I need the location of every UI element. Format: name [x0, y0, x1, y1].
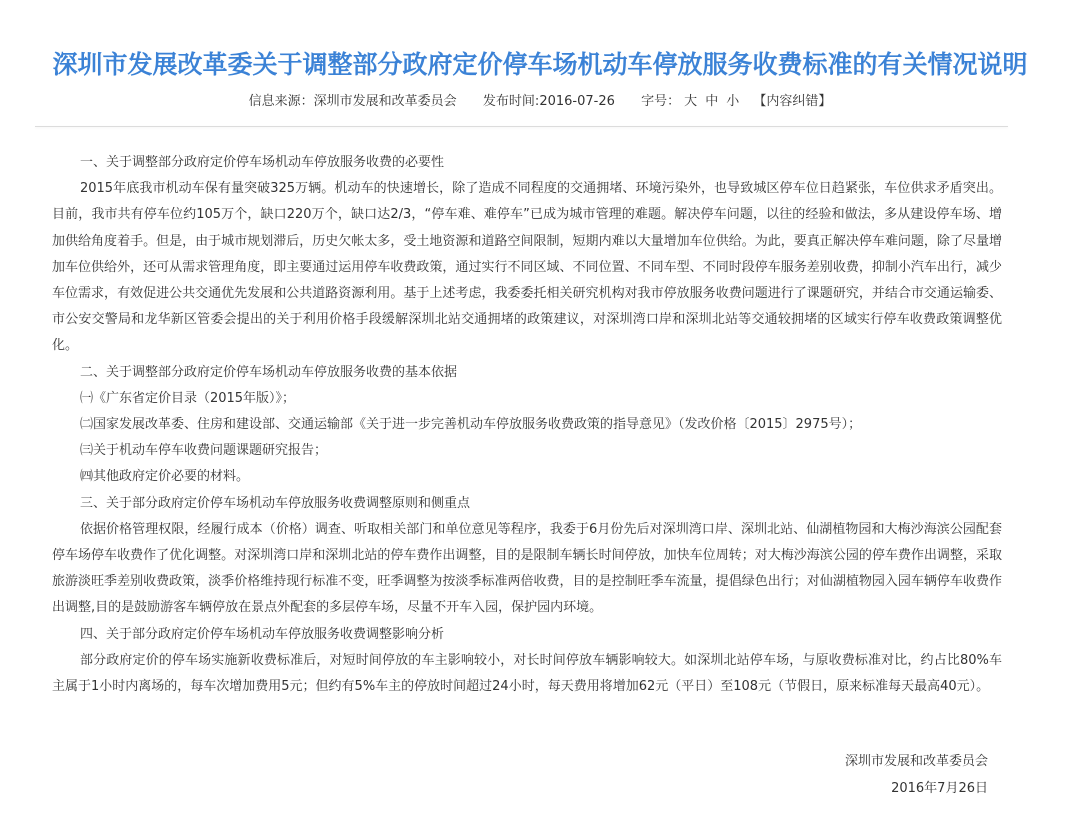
section-heading-1: 一、关于调整部分政府定价停车场机动车停放服务收费的必要性	[52, 150, 1002, 176]
basis-item-2: ㈡国家发展改革委、住房和建设部、交通运输部《关于进一步完善机动车停放服务收费政策…	[52, 412, 1002, 438]
article-meta: 信息来源：深圳市发展和改革委员会 发布时间:2016-07-26 字号：大中小 …	[0, 90, 1080, 109]
basis-item-1: ㈠《广东省定价目录（2015年版）》；	[52, 386, 1002, 412]
article-body: 一、关于调整部分政府定价停车场机动车停放服务收费的必要性 2015年底我市机动车…	[52, 150, 1002, 700]
basis-item-4: ㈣其他政府定价必要的材料。	[52, 464, 1002, 490]
paragraph: 部分政府定价的停车场实施新收费标准后，对短时间停放的车主影响较小，对长时间停放车…	[52, 648, 1002, 700]
publish-label: 发布时间:	[483, 90, 539, 109]
font-size-small-button[interactable]: 小	[726, 90, 739, 109]
article-title: 深圳市发展改革委关于调整部分政府定价停车场机动车停放服务收费标准的有关情况说明	[0, 45, 1080, 81]
publish-date: 2016-07-26	[539, 94, 615, 109]
font-size-label: 字号：	[641, 90, 680, 109]
header-divider	[35, 126, 1008, 127]
font-size-medium-button[interactable]: 中	[705, 90, 718, 109]
content-correction-link[interactable]: 【内容纠错】	[753, 90, 831, 109]
font-size-large-button[interactable]: 大	[684, 90, 697, 109]
source-value: 深圳市发展和改革委员会	[314, 90, 457, 109]
section-heading-4: 四、关于部分政府定价停车场机动车停放服务收费调整影响分析	[52, 622, 1002, 648]
signature-organization: 深圳市发展和改革委员会	[688, 750, 988, 769]
paragraph: 2015年底我市机动车保有量突破325万辆。机动车的快速增长，除了造成不同程度的…	[52, 176, 1002, 359]
signature-date: 2016年7月26日	[688, 777, 988, 796]
paragraph: 依据价格管理权限，经履行成本（价格）调查、听取相关部门和单位意见等程序，我委于6…	[52, 517, 1002, 622]
section-heading-2: 二、关于调整部分政府定价停车场机动车停放服务收费的基本依据	[52, 360, 1002, 386]
source-label: 信息来源：	[249, 90, 314, 109]
basis-item-3: ㈢关于机动车停车收费问题课题研究报告；	[52, 438, 1002, 464]
section-heading-3: 三、关于部分政府定价停车场机动车停放服务收费调整原则和侧重点	[52, 491, 1002, 517]
